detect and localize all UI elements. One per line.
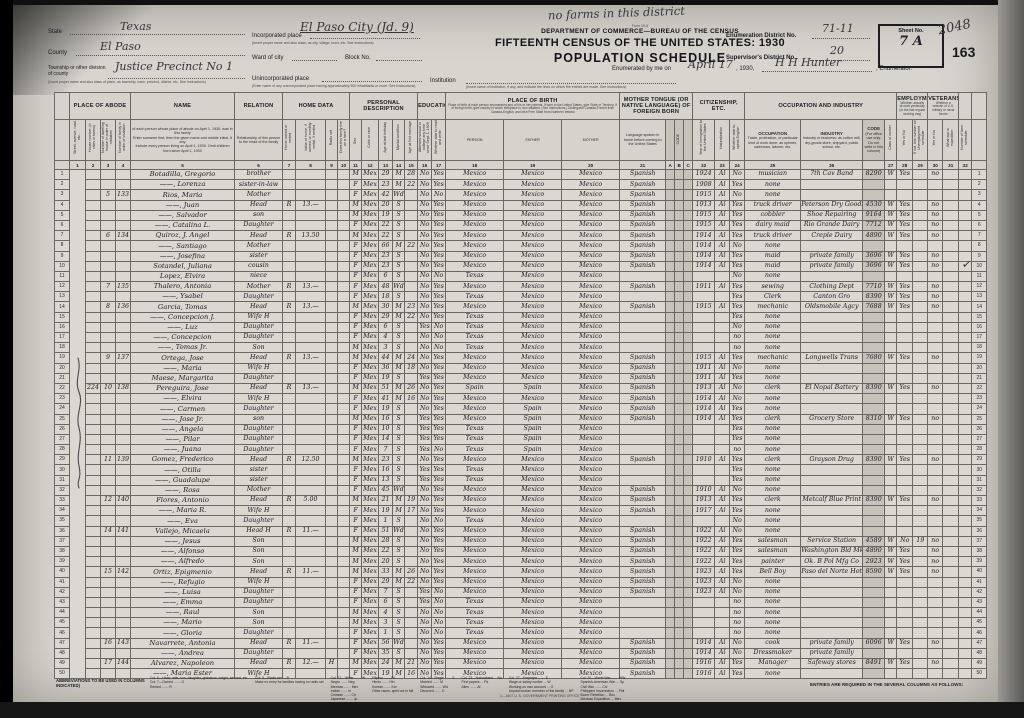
cell-age: 35 bbox=[379, 648, 393, 658]
cell-agem: 26 bbox=[405, 383, 418, 393]
line-number-left: 34 bbox=[55, 506, 70, 516]
column-header-ind: INDUSTRYIndustry or business, as cotton … bbox=[801, 120, 863, 161]
column-group: RELATION bbox=[235, 93, 283, 120]
cell-val: 13.— bbox=[296, 282, 326, 292]
cell-eng: Yes bbox=[730, 506, 745, 516]
cell-occ: none bbox=[745, 506, 801, 516]
cell-rel: Daughter bbox=[235, 516, 283, 526]
cell-eng: No bbox=[730, 322, 745, 332]
cell-cB bbox=[675, 485, 684, 495]
cell-ind bbox=[801, 618, 863, 628]
cell-rw: Yes bbox=[432, 312, 446, 322]
cell-agem bbox=[405, 465, 418, 475]
cell-emp: Yes bbox=[897, 231, 913, 241]
cell-lang bbox=[620, 271, 666, 281]
cell-cls bbox=[885, 475, 897, 485]
cell-cA bbox=[666, 292, 675, 302]
cell-mb: Mexico bbox=[562, 282, 620, 292]
cell-mar: S bbox=[393, 322, 405, 332]
cell-imm: 1910 bbox=[693, 455, 715, 465]
cell-occ: none bbox=[745, 628, 801, 638]
cell-radio bbox=[326, 587, 338, 597]
cell-code: 8290 bbox=[863, 170, 885, 180]
cell-nat: Al bbox=[715, 567, 730, 577]
cell-mb: Mexico bbox=[562, 628, 620, 638]
cell-farm bbox=[338, 241, 350, 251]
cell-ind: Metcalf Blue Print bbox=[801, 496, 863, 506]
cell-rw: Yes bbox=[432, 210, 446, 220]
cell-agem bbox=[405, 608, 418, 618]
cell-code: 8590 bbox=[863, 567, 885, 577]
cell-race: Mex bbox=[362, 180, 379, 190]
cell-name: Alvarez, Napoleon bbox=[131, 659, 235, 669]
cell-cA bbox=[666, 373, 675, 383]
cell-lang bbox=[620, 424, 666, 434]
cell-name: ——, Angela bbox=[131, 424, 235, 434]
table-row: 41——, RefugioWife HFMex29M22NoYesMexicoM… bbox=[55, 577, 987, 587]
cell-race: Mex bbox=[362, 608, 379, 618]
cell-farm bbox=[338, 557, 350, 567]
cell-sch: No bbox=[418, 200, 432, 210]
column-header-f: Number of family in order of visitation bbox=[116, 120, 131, 161]
institution-line bbox=[466, 73, 676, 84]
column-number-cls: 27 bbox=[885, 161, 897, 170]
cell-fsch bbox=[959, 282, 972, 292]
cell-occ: none bbox=[745, 597, 801, 607]
cell-f bbox=[116, 261, 131, 271]
cell-race: Mex bbox=[362, 271, 379, 281]
cell-pb: Mexico bbox=[446, 648, 504, 658]
table-row: 4——, JuanHeadR13.—MMex20SNoYesMexicoMexi… bbox=[55, 200, 987, 210]
column-header-nat: Naturalization bbox=[715, 120, 730, 161]
cell-nat bbox=[715, 322, 730, 332]
cell-sch: No bbox=[418, 404, 432, 414]
cell-own bbox=[283, 465, 296, 475]
cell-cA bbox=[666, 180, 675, 190]
column-number-agem: 15 bbox=[405, 161, 418, 170]
cell-ind bbox=[801, 465, 863, 475]
cell-mar: S bbox=[393, 648, 405, 658]
cell-age: 28 bbox=[379, 536, 393, 546]
cell-fb: Mexico bbox=[504, 628, 562, 638]
cell-vet bbox=[928, 608, 943, 618]
cell-age: 6 bbox=[379, 271, 393, 281]
cell-lang bbox=[620, 292, 666, 302]
cell-pb: Texas bbox=[446, 597, 504, 607]
cell-ind bbox=[801, 608, 863, 618]
cell-nat: Al bbox=[715, 659, 730, 669]
cell-sex: M bbox=[350, 557, 362, 567]
cell-vet bbox=[928, 424, 943, 434]
cell-sch: Yes bbox=[418, 322, 432, 332]
cell-cC bbox=[684, 424, 693, 434]
cell-vet bbox=[928, 526, 943, 536]
cell-mb: Mexico bbox=[562, 414, 620, 424]
cell-emp: Yes bbox=[897, 567, 913, 577]
cell-occ: none bbox=[745, 363, 801, 373]
unincorporated-label: Unincorporated place bbox=[252, 76, 309, 82]
cell-rw: Yes bbox=[432, 282, 446, 292]
cell-cA bbox=[666, 261, 675, 271]
cell-farm bbox=[338, 180, 350, 190]
cell-eng: Yes bbox=[730, 231, 745, 241]
cell-h bbox=[86, 322, 101, 332]
cell-h bbox=[86, 648, 101, 658]
line-number-left: 27 bbox=[55, 434, 70, 444]
cell-emp2 bbox=[913, 373, 928, 383]
enumerated-date: April 17 bbox=[688, 58, 733, 71]
cell-emp2 bbox=[913, 669, 928, 679]
cell-code bbox=[863, 597, 885, 607]
cell-occ: truck driver bbox=[745, 200, 801, 210]
cell-eng: Yes bbox=[730, 210, 745, 220]
cell-cls: W bbox=[885, 536, 897, 546]
cell-rel: Daughter bbox=[235, 424, 283, 434]
cell-h bbox=[86, 210, 101, 220]
cell-f: 135 bbox=[116, 282, 131, 292]
column-header-vetw: What war or expedition bbox=[943, 120, 959, 161]
cell-h bbox=[86, 231, 101, 241]
cell-eng: No bbox=[730, 577, 745, 587]
column-header-d: Number of dwelling house in order of vis… bbox=[101, 120, 116, 161]
cell-emp2 bbox=[913, 261, 928, 271]
enumerator-suffix: , Enumerator. bbox=[876, 66, 912, 72]
line-number-left: 44 bbox=[55, 608, 70, 618]
cell-pb: Mexico bbox=[446, 302, 504, 312]
table-row: 5——, SalvadorsonMMex19SNoYesMexicoMexico… bbox=[55, 210, 987, 220]
cell-occ: salesman bbox=[745, 546, 801, 556]
cell-race: Mex bbox=[362, 200, 379, 210]
cell-pb: Mexico bbox=[446, 220, 504, 230]
cell-nat: Al bbox=[715, 526, 730, 536]
column-header-cA bbox=[666, 120, 675, 161]
cell-eng: Yes bbox=[730, 496, 745, 506]
cell-fb: Mexico bbox=[504, 536, 562, 546]
cell-mar: M bbox=[393, 394, 405, 404]
cell-sch: No bbox=[418, 608, 432, 618]
cell-val bbox=[296, 608, 326, 618]
cell-rel: Head bbox=[235, 353, 283, 363]
cell-cA bbox=[666, 282, 675, 292]
cell-d bbox=[101, 210, 116, 220]
line-number-right: 45 bbox=[972, 618, 987, 628]
cell-age: 13 bbox=[379, 475, 393, 485]
table-row: 17——, ConcepcionDaughterFMex4SNoNoTexasM… bbox=[55, 333, 987, 343]
cell-sex: F bbox=[350, 322, 362, 332]
cell-age: 23 bbox=[379, 455, 393, 465]
abbreviations-block: Col. 6—Head, wife, son, daughter, grands… bbox=[150, 676, 790, 702]
cell-pb: Mexico bbox=[446, 251, 504, 261]
cell-mar: M bbox=[393, 302, 405, 312]
cell-fb: Spain bbox=[504, 383, 562, 393]
cell-vetw bbox=[943, 608, 959, 618]
cell-pb: Texas bbox=[446, 312, 504, 322]
cell-vetw bbox=[943, 220, 959, 230]
cell-agem bbox=[405, 475, 418, 485]
cell-vetw bbox=[943, 526, 959, 536]
cell-age: 19 bbox=[379, 506, 393, 516]
cell-val bbox=[296, 424, 326, 434]
cell-sch: No bbox=[418, 577, 432, 587]
cell-h bbox=[86, 302, 101, 312]
cell-vetw bbox=[943, 210, 959, 220]
cell-f: 142 bbox=[116, 567, 131, 577]
line-number-right: 14 bbox=[972, 302, 987, 312]
cell-val bbox=[296, 241, 326, 251]
cell-race: Mex bbox=[362, 628, 379, 638]
cell-sex: M bbox=[350, 170, 362, 180]
cell-h bbox=[86, 577, 101, 587]
cell-d bbox=[101, 261, 116, 271]
block-label: Block No. bbox=[345, 55, 371, 61]
cell-h bbox=[86, 485, 101, 495]
cell-ind: Rio Grande Dairy bbox=[801, 220, 863, 230]
cell-fb: Mexico bbox=[504, 567, 562, 577]
cell-f bbox=[116, 220, 131, 230]
cell-radio bbox=[326, 516, 338, 526]
cell-fb: Mexico bbox=[504, 241, 562, 251]
cell-emp2 bbox=[913, 312, 928, 322]
cell-emp bbox=[897, 506, 913, 516]
column-number-age: 13 bbox=[379, 161, 393, 170]
cell-mar: S bbox=[393, 414, 405, 424]
column-number-mb: 20 bbox=[562, 161, 620, 170]
sheet-value: 7 A bbox=[880, 34, 942, 49]
cell-cC bbox=[684, 363, 693, 373]
cell-cls bbox=[885, 190, 897, 200]
cell-age: 19 bbox=[379, 210, 393, 220]
cell-rel: Mother bbox=[235, 190, 283, 200]
cell-ind: Clothing Dept bbox=[801, 282, 863, 292]
line-number-right: 6 bbox=[972, 220, 987, 230]
cell-emp bbox=[897, 424, 913, 434]
cell-lang: Spanish bbox=[620, 261, 666, 271]
cell-rw: Yes bbox=[432, 557, 446, 567]
line-number-right: 7 bbox=[972, 231, 987, 241]
line-number-right: 50 bbox=[972, 669, 987, 679]
cell-occ: none bbox=[745, 587, 801, 597]
table-row: 31——, GuadalupesisterFMex13SYesYesTexasM… bbox=[55, 475, 987, 485]
cell-age: 3 bbox=[379, 343, 393, 353]
line-number-left: 5 bbox=[55, 210, 70, 220]
cell-ind: Safeway stores bbox=[801, 659, 863, 669]
cell-fsch bbox=[959, 424, 972, 434]
cell-occ: none bbox=[745, 608, 801, 618]
cell-val bbox=[296, 445, 326, 455]
cell-d bbox=[101, 180, 116, 190]
column-group: OCCUPATION AND INDUSTRY bbox=[745, 93, 897, 120]
cell-d bbox=[101, 648, 116, 658]
cell-emp: Yes bbox=[897, 292, 913, 302]
cell-val bbox=[296, 343, 326, 353]
cell-rw: Yes bbox=[432, 251, 446, 261]
cell-name: ——, Ysabel bbox=[131, 292, 235, 302]
cell-age: 51 bbox=[379, 526, 393, 536]
cell-occ: none bbox=[745, 190, 801, 200]
cell-fsch bbox=[959, 302, 972, 312]
cell-lang: Spanish bbox=[620, 506, 666, 516]
cell-mar: Wd bbox=[393, 282, 405, 292]
cell-vet: no bbox=[928, 282, 943, 292]
cell-own bbox=[283, 312, 296, 322]
cell-own bbox=[283, 597, 296, 607]
cell-val bbox=[296, 271, 326, 281]
cell-nat: Al bbox=[715, 373, 730, 383]
cell-name: Garcia, Tomas bbox=[131, 302, 235, 312]
cell-mb: Mexico bbox=[562, 363, 620, 373]
cell-fsch bbox=[959, 455, 972, 465]
cell-fsch bbox=[959, 353, 972, 363]
cell-rel: Wife H bbox=[235, 506, 283, 516]
cell-vetw bbox=[943, 241, 959, 251]
cell-occ: none bbox=[745, 180, 801, 190]
column-number-rel: 6 bbox=[235, 161, 283, 170]
cell-mar: S bbox=[393, 292, 405, 302]
cell-cB bbox=[675, 220, 684, 230]
cell-farm bbox=[338, 496, 350, 506]
cell-cB bbox=[675, 546, 684, 556]
cell-race: Mex bbox=[362, 170, 379, 180]
cell-code bbox=[863, 628, 885, 638]
cell-cC bbox=[684, 496, 693, 506]
cell-val bbox=[296, 373, 326, 383]
cell-rel: Head bbox=[235, 302, 283, 312]
cell-nat: Al bbox=[715, 557, 730, 567]
column-number-occ: 25 bbox=[745, 161, 801, 170]
cell-vet bbox=[928, 465, 943, 475]
cell-nat: Al bbox=[715, 363, 730, 373]
cell-cC bbox=[684, 577, 693, 587]
cell-val bbox=[296, 322, 326, 332]
cell-f bbox=[116, 506, 131, 516]
cell-mar: S bbox=[393, 343, 405, 353]
cell-cB bbox=[675, 322, 684, 332]
cell-farm bbox=[338, 618, 350, 628]
cell-fsch bbox=[959, 292, 972, 302]
cell-ind: Shoe Repairing bbox=[801, 210, 863, 220]
cell-mb: Mexico bbox=[562, 210, 620, 220]
column-group bbox=[972, 93, 987, 120]
cell-f bbox=[116, 292, 131, 302]
cell-age: 42 bbox=[379, 190, 393, 200]
cell-cB bbox=[675, 363, 684, 373]
cell-occ: Clerk bbox=[745, 292, 801, 302]
cell-own bbox=[283, 557, 296, 567]
cell-name: ——, Mario bbox=[131, 618, 235, 628]
cell-mb: Mexico bbox=[562, 373, 620, 383]
cell-vet bbox=[928, 516, 943, 526]
cell-pb: Texas bbox=[446, 322, 504, 332]
cell-lang bbox=[620, 618, 666, 628]
cell-age: 14 bbox=[379, 434, 393, 444]
cell-race: Mex bbox=[362, 231, 379, 241]
cell-emp bbox=[897, 597, 913, 607]
cell-occ: painter bbox=[745, 557, 801, 567]
cell-nat: Al bbox=[715, 190, 730, 200]
cell-f bbox=[116, 546, 131, 556]
cell-f: 138 bbox=[116, 383, 131, 393]
cell-val bbox=[296, 648, 326, 658]
cell-occ: none bbox=[745, 333, 801, 343]
cell-rw: No bbox=[432, 190, 446, 200]
cell-h bbox=[86, 445, 101, 455]
line-number-right: 23 bbox=[972, 394, 987, 404]
cell-occ: dairy maid bbox=[745, 220, 801, 230]
column-number-race: 12 bbox=[362, 161, 379, 170]
line-number-right: 3 bbox=[972, 190, 987, 200]
cell-radio bbox=[326, 170, 338, 180]
line-number-right: 39 bbox=[972, 557, 987, 567]
line-number-right: 29 bbox=[972, 455, 987, 465]
table-row: 45——, MarioSonMMex3SNoNoTexasMexicoMexic… bbox=[55, 618, 987, 628]
cell-fb: Mexico bbox=[504, 557, 562, 567]
cell-ind bbox=[801, 271, 863, 281]
cell-occ: none bbox=[745, 516, 801, 526]
cell-cC bbox=[684, 322, 693, 332]
cell-name: ——, Catalina L. bbox=[131, 220, 235, 230]
cell-h bbox=[86, 271, 101, 281]
cell-val bbox=[296, 404, 326, 414]
cell-ind: Grayson Drug bbox=[801, 455, 863, 465]
cell-eng: Yes bbox=[730, 404, 745, 414]
line-number-left: 41 bbox=[55, 577, 70, 587]
cell-fsch bbox=[959, 210, 972, 220]
cell-radio bbox=[326, 648, 338, 658]
cell-f bbox=[116, 373, 131, 383]
cell-vetw bbox=[943, 557, 959, 567]
cell-radio bbox=[326, 333, 338, 343]
cell-sch: No bbox=[418, 292, 432, 302]
cell-radio bbox=[326, 180, 338, 190]
cell-h bbox=[86, 404, 101, 414]
cell-code bbox=[863, 465, 885, 475]
cell-farm bbox=[338, 455, 350, 465]
cell-pb: Mexico bbox=[446, 638, 504, 648]
line-number-right: 48 bbox=[972, 648, 987, 658]
cell-age: 4 bbox=[379, 608, 393, 618]
cell-val bbox=[296, 333, 326, 343]
cell-own: R bbox=[283, 496, 296, 506]
cell-rw: Yes bbox=[432, 170, 446, 180]
cell-radio bbox=[326, 404, 338, 414]
cell-race: Mex bbox=[362, 587, 379, 597]
line-number-right: 24 bbox=[972, 404, 987, 414]
cell-cC bbox=[684, 597, 693, 607]
cell-f bbox=[116, 241, 131, 251]
cell-farm bbox=[338, 231, 350, 241]
cell-f: 133 bbox=[116, 190, 131, 200]
cell-radio bbox=[326, 373, 338, 383]
cell-emp: Yes bbox=[897, 638, 913, 648]
cell-vetw bbox=[943, 496, 959, 506]
cell-ind bbox=[801, 312, 863, 322]
cell-ind bbox=[801, 373, 863, 383]
cell-val: 13.— bbox=[296, 383, 326, 393]
column-number-imm: 22 bbox=[693, 161, 715, 170]
cell-val bbox=[296, 628, 326, 638]
cell-cB bbox=[675, 445, 684, 455]
cell-mar: S bbox=[393, 597, 405, 607]
cell-rw: No bbox=[432, 343, 446, 353]
table-row: 13——, YsabelDaughterFMex18SNoYesTexasMex… bbox=[55, 292, 987, 302]
abbreviations-title: ABBREVIATIONS TO BE USED IN COLUMNS INDI… bbox=[56, 678, 148, 688]
cell-code: 2923 bbox=[863, 557, 885, 567]
cell-sch: Yes bbox=[418, 597, 432, 607]
cell-farm bbox=[338, 282, 350, 292]
cell-d bbox=[101, 414, 116, 424]
cell-pb: Mexico bbox=[446, 506, 504, 516]
cell-cA bbox=[666, 404, 675, 414]
